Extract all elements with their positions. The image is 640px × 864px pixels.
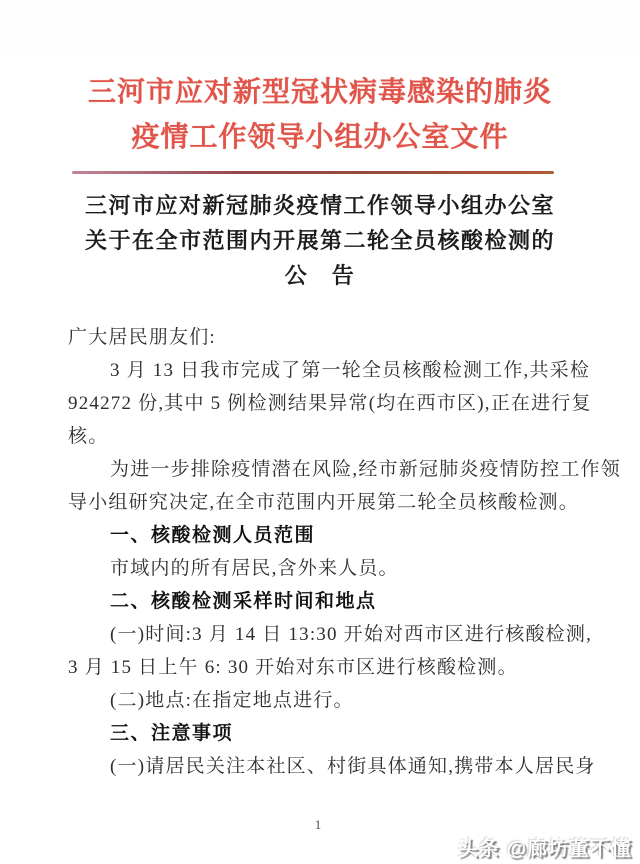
section-heading-1: 一、核酸检测人员范围: [68, 519, 574, 552]
body-line: 核。: [68, 420, 574, 453]
document-body: 广大居民朋友们: 3 月 13 日我市完成了第一轮全员核酸检测工作,共采检 92…: [68, 321, 574, 783]
body-line: 3 月 13 日我市完成了第一轮全员核酸检测工作,共采检: [68, 354, 574, 387]
watermark: 头条 @廊坊董不懂: [458, 832, 632, 861]
title-line-2: 关于在全市范围内开展第二轮全员核酸检测的: [0, 223, 640, 258]
section-heading-3: 三、注意事项: [68, 717, 574, 750]
letterhead-divider: [72, 171, 554, 174]
body-line: 市域内的所有居民,含外来人员。: [68, 552, 574, 585]
title-line-1: 三河市应对新冠肺炎疫情工作领导小组办公室: [0, 188, 640, 223]
body-line: 924272 份,其中 5 例检测结果异常(均在西市区),正在进行复: [68, 387, 574, 420]
letterhead-line-2: 疫情工作领导小组办公室文件: [0, 115, 640, 160]
body-line: 为进一步排除疫情潜在风险,经市新冠肺炎疫情防控工作领: [68, 453, 574, 486]
letterhead-line-1: 三河市应对新型冠状病毒感染的肺炎: [0, 70, 640, 115]
body-line: 3 月 15 日上午 6: 30 开始对东市区进行核酸检测。: [68, 651, 574, 684]
title-line-3: 公 告: [0, 258, 640, 293]
red-letterhead: 三河市应对新型冠状病毒感染的肺炎 疫情工作领导小组办公室文件: [0, 70, 640, 160]
body-line: (一)时间:3 月 14 日 13:30 开始对西市区进行核酸检测,: [68, 618, 574, 651]
body-line: 导小组研究决定,在全市范围内开展第二轮全员核酸检测。: [68, 486, 574, 519]
page-number: 1: [0, 817, 636, 833]
body-line: (二)地点:在指定地点进行。: [68, 684, 574, 717]
section-heading-2: 二、核酸检测采样时间和地点: [68, 585, 574, 618]
document-page: 三河市应对新型冠状病毒感染的肺炎 疫情工作领导小组办公室文件 三河市应对新冠肺炎…: [0, 0, 640, 864]
body-line-salutation: 广大居民朋友们:: [68, 321, 574, 354]
body-line: (一)请居民关注本社区、村街具体通知,携带本人居民身: [68, 750, 574, 783]
document-title: 三河市应对新冠肺炎疫情工作领导小组办公室 关于在全市范围内开展第二轮全员核酸检测…: [0, 188, 640, 293]
